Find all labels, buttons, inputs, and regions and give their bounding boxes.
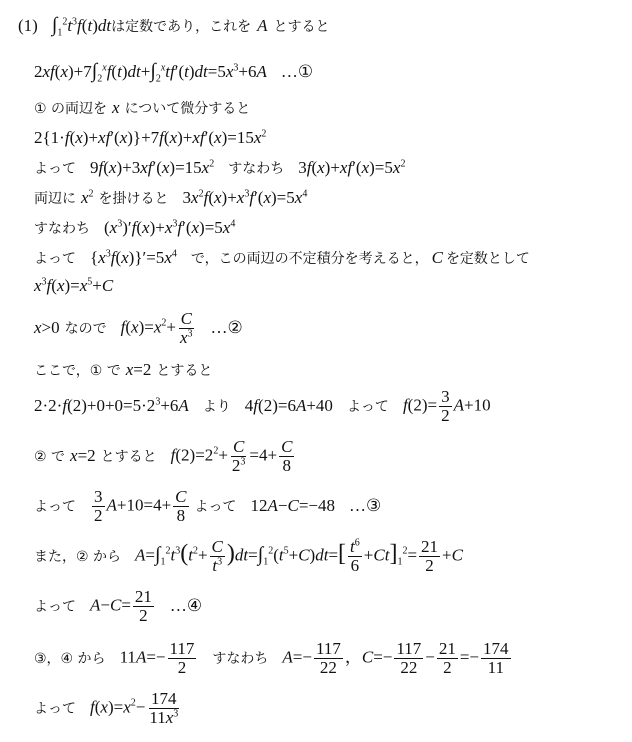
text: よって xyxy=(34,158,76,178)
equation: 3f(x)+xf′(x)=5x2 xyxy=(298,158,405,178)
text: ① の両辺を xyxy=(34,98,107,118)
text: また，② から xyxy=(34,546,121,566)
text: より xyxy=(203,396,231,416)
problem-label: (1) xyxy=(18,16,38,36)
text: とすると xyxy=(273,16,329,36)
label-3: …③ xyxy=(349,496,381,516)
line-9: x3f(x)=x5+C xyxy=(34,276,113,296)
label-1: …① xyxy=(281,62,313,82)
line-15: また，② から A=∫12t3(t2+Ct3)dt=∫12(t5+C)dt=[t… xyxy=(34,538,463,575)
line-1: (1) ∫12t3f(t)dt は定数であり，これを A とすると xyxy=(18,14,329,38)
text: すなわち xyxy=(34,218,90,238)
equation: f(2)=32A+10 xyxy=(403,388,491,425)
text: よって xyxy=(347,396,389,416)
equation-1: 2xf(x)+7∫2xf(t)dt+∫2xtf′(t)dt=5x3+6A xyxy=(34,60,267,84)
line-6: 両辺に x2 を掛けると 3x2f(x)+x3f′(x)=5x4 xyxy=(34,188,307,208)
equation: 11A=−1172 xyxy=(120,640,199,677)
line-2: 2xf(x)+7∫2xf(t)dt+∫2xtf′(t)dt=5x3+6A …① xyxy=(34,60,313,84)
line-18: よって f(x)=x2−17411x3 xyxy=(34,690,182,727)
line-12: 2·2·f(2)+0+0=5·23+6A より 4f(2)=6A+40 よって … xyxy=(34,388,491,425)
equation: 2·2·f(2)+0+0=5·23+6A xyxy=(34,396,189,416)
equation: A=−11722，C=−11722−212=−17411 xyxy=(282,640,512,677)
text: よって xyxy=(34,596,76,616)
text: よって xyxy=(34,698,76,718)
line-3: ① の両辺を x について微分すると xyxy=(34,98,250,118)
equation: (x3)′f(x)+x3f′(x)=5x4 xyxy=(104,218,235,238)
line-16: よって A−C=212 …④ xyxy=(34,588,202,625)
text: とすると xyxy=(101,446,157,466)
line-13: ② で x=2 とすると f(2)=22+C23=4+C8 xyxy=(34,438,296,475)
var-A: A xyxy=(257,16,267,36)
text: を定数として xyxy=(446,248,530,268)
line-5: よって 9f(x)+3xf′(x)=15x2 すなわち 3f(x)+xf′(x)… xyxy=(34,158,405,178)
term: x2 xyxy=(81,188,94,208)
text: について微分すると xyxy=(125,98,251,118)
equation: 32A+10=4+C8 xyxy=(90,488,191,525)
equation: f(2)=22+C23=4+C8 xyxy=(171,438,297,475)
line-14: よって 32A+10=4+C8 よって 12A−C=−48 …③ xyxy=(34,488,381,525)
line-8: よって {x3f(x)}′=5x4 で，この両辺の不定積分を考えると， C を定… xyxy=(34,248,530,268)
text: は定数であり，これを xyxy=(111,16,251,36)
text: すなわち xyxy=(228,158,284,178)
line-10: x>0 なので f(x)=x2+Cx3 …② xyxy=(34,310,243,347)
equation: x3f(x)=x5+C xyxy=(34,276,113,296)
equation: 4f(2)=6A+40 xyxy=(245,396,333,416)
final-answer: f(x)=x2−17411x3 xyxy=(90,690,182,727)
text: よって xyxy=(34,248,76,268)
equation-2: f(x)=x2+Cx3 xyxy=(121,310,197,347)
equation: 3x2f(x)+x3f′(x)=5x4 xyxy=(183,188,308,208)
var-x: x xyxy=(112,98,120,118)
equation: 9f(x)+3xf′(x)=15x2 xyxy=(90,158,214,178)
text: とすると xyxy=(156,360,212,380)
label-4: …④ xyxy=(170,596,202,616)
equation: 2{1·f(x)+xf′(x)}+7f(x)+xf′(x)=15x2 xyxy=(34,128,266,148)
equation-4: A−C=212 xyxy=(90,588,156,625)
text: すなわち xyxy=(212,648,268,668)
text: を掛けると xyxy=(99,188,169,208)
line-7: すなわち (x3)′f(x)+x3f′(x)=5x4 xyxy=(34,218,235,238)
line-11: ここで，① で x=2 とすると xyxy=(34,360,212,380)
text: よって xyxy=(195,496,237,516)
text: 両辺に xyxy=(34,188,76,208)
text: ここで，① で xyxy=(34,360,121,380)
line-4: 2{1·f(x)+xf′(x)}+7f(x)+xf′(x)=15x2 xyxy=(34,128,266,148)
equation-3: 12A−C=−48 xyxy=(251,496,336,516)
equation: A=∫12t3(t2+Ct3)dt=∫12(t5+C)dt=[t66+Ct]12… xyxy=(135,538,463,575)
text: で，この両辺の不定積分を考えると， xyxy=(191,248,429,268)
var-C: C xyxy=(432,248,443,268)
equation: {x3f(x)}′=5x4 xyxy=(90,248,177,268)
condition: x=2 xyxy=(70,446,96,466)
text: ② で xyxy=(34,446,65,466)
label-2: …② xyxy=(211,318,243,338)
text: ③，④ から xyxy=(34,648,106,668)
text: なので xyxy=(65,318,107,338)
integral-expression: ∫12t3f(t)dt xyxy=(52,14,111,38)
text: よって xyxy=(34,496,76,516)
condition: x=2 xyxy=(126,360,152,380)
condition: x>0 xyxy=(34,318,60,338)
line-17: ③，④ から 11A=−1172 すなわち A=−11722，C=−11722−… xyxy=(34,640,513,677)
